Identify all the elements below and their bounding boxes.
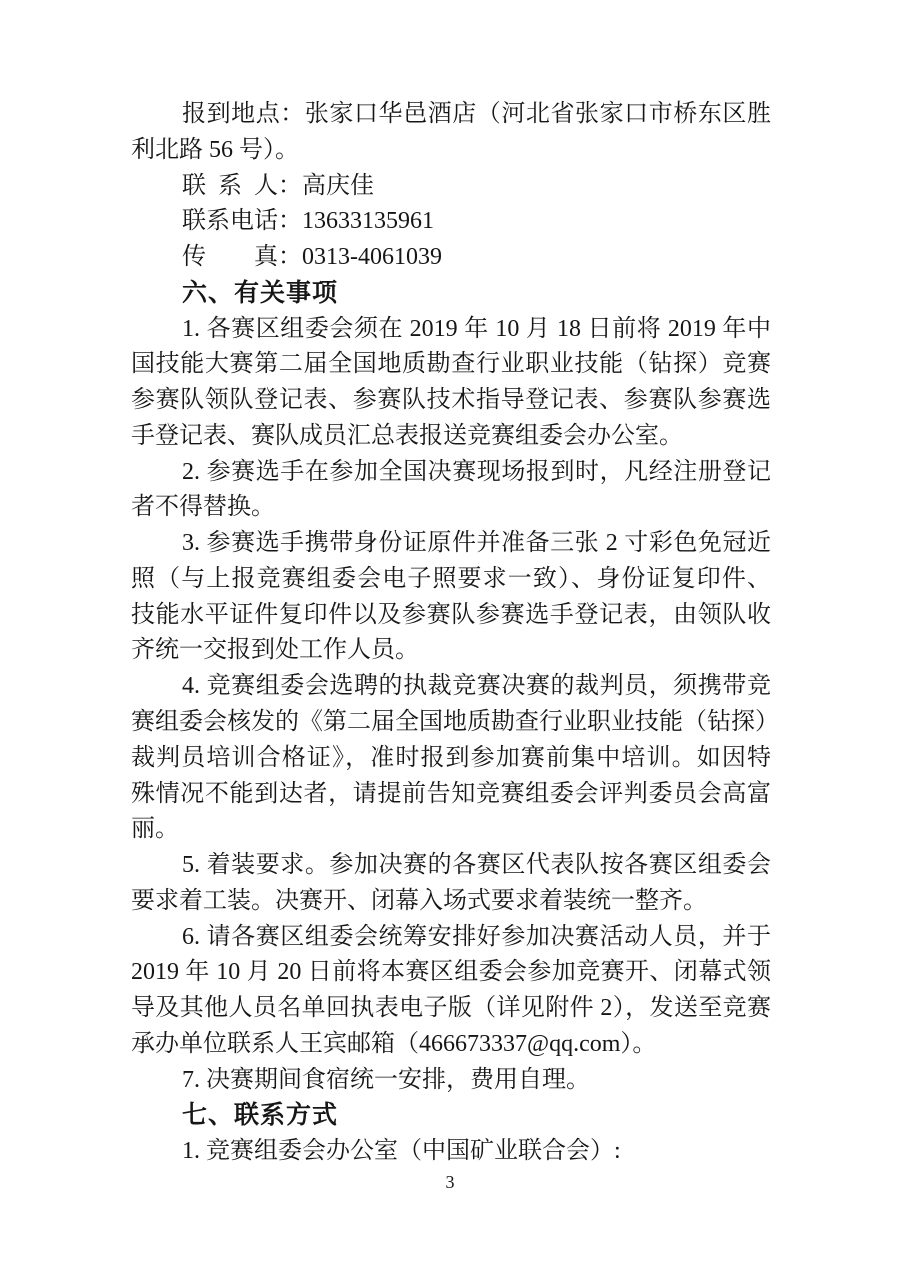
text-line: 传 真：0313-4061039 (131, 240, 771, 276)
page-number: 3 (0, 1170, 900, 1194)
text-line: 6. 请各赛区组委会统筹安排好参加决赛活动人员，并于 (131, 920, 771, 956)
text-line: 殊情况不能到达者，请提前告知竞赛组委会评判委员会高富 (131, 777, 771, 813)
text-line: 2019 年 10 月 20 日前将本赛区组委会参加竞赛开、闭幕式领 (131, 955, 771, 991)
text-line: 赛组委会核发的《第二届全国地质勘查行业职业技能（钻探） (131, 705, 771, 741)
text-line: 齐统一交报到处工作人员。 (131, 633, 771, 669)
text-line: 4. 竞赛组委会选聘的执裁竞赛决赛的裁判员，须携带竞 (131, 669, 771, 705)
text-line: 承办单位联系人王宾邮箱（466673337@qq.com）。 (131, 1027, 771, 1063)
document-page: 报到地点：张家口华邑酒店（河北省张家口市桥东区胜利北路 56 号）。联 系 人：… (0, 0, 900, 1274)
document-body: 报到地点：张家口华邑酒店（河北省张家口市桥东区胜利北路 56 号）。联 系 人：… (131, 97, 771, 1170)
text-line: 利北路 56 号）。 (131, 133, 771, 169)
text-line: 丽。 (131, 812, 771, 848)
text-line: 参赛队领队登记表、参赛队技术指导登记表、参赛队参赛选 (131, 383, 771, 419)
text-line: 裁判员培训合格证》，准时报到参加赛前集中培训。如因特 (131, 741, 771, 777)
text-line: 1. 各赛区组委会须在 2019 年 10 月 18 日前将 2019 年中 (131, 312, 771, 348)
text-line: 国技能大赛第二届全国地质勘查行业职业技能（钻探）竞赛 (131, 347, 771, 383)
text-line: 2. 参赛选手在参加全国决赛现场报到时，凡经注册登记 (131, 455, 771, 491)
text-line: 手登记表、赛队成员汇总表报送竞赛组委会办公室。 (131, 419, 771, 455)
text-line: 报到地点：张家口华邑酒店（河北省张家口市桥东区胜 (131, 97, 771, 133)
text-line: 技能水平证件复印件以及参赛队参赛选手登记表，由领队收 (131, 598, 771, 634)
text-line: 者不得替换。 (131, 490, 771, 526)
text-line: 联系电话：13633135961 (131, 204, 771, 240)
text-line: 要求着工装。决赛开、闭幕入场式要求着装统一整齐。 (131, 884, 771, 920)
text-line: 3. 参赛选手携带身份证原件并准备三张 2 寸彩色免冠近 (131, 526, 771, 562)
text-line: 1. 竞赛组委会办公室（中国矿业联合会）: (131, 1134, 771, 1170)
text-line: 5. 着装要求。参加决赛的各赛区代表队按各赛区组委会 (131, 848, 771, 884)
section-heading: 七、联系方式 (131, 1098, 771, 1134)
text-line: 照（与上报竞赛组委会电子照要求一致）、身份证复印件、 (131, 562, 771, 598)
text-line: 导及其他人员名单回执表电子版（详见附件 2），发送至竞赛 (131, 991, 771, 1027)
text-line: 联 系 人：高庆佳 (131, 169, 771, 205)
section-heading: 六、有关事项 (131, 276, 771, 312)
text-line: 7. 决赛期间食宿统一安排，费用自理。 (131, 1063, 771, 1099)
